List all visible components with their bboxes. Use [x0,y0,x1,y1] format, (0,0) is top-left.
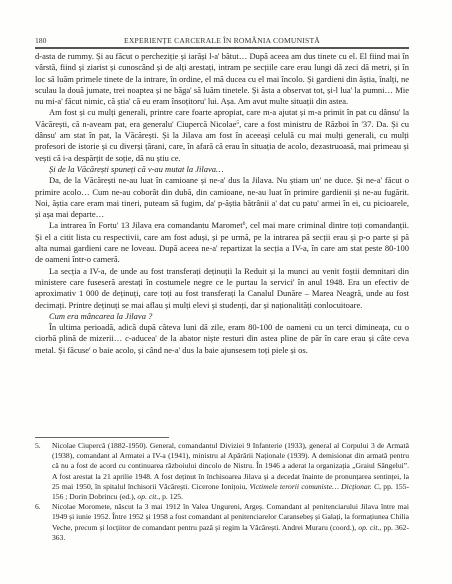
footnotes: 5.Nicolae Ciupercă (1882-1950). General,… [35,441,409,543]
footnote-number: 6. [35,502,41,512]
footnote-text: , p. 125. [158,492,183,501]
paragraph-5: La secția a IV-a, de unde au fost transf… [35,266,409,311]
paragraph-4: La intrarea în Fortu' 13 Jilava era coma… [35,220,409,265]
footnote-italic-title: Victimele terorii comuniste… Dicționar. … [249,482,379,491]
footnote-number: 5. [35,441,41,451]
footnote-italic-ref: op. cit. [137,492,158,501]
footnote-6: 6.Nicolae Moromete, născut la 3 mai 1912… [35,502,409,543]
body-text: d-asta de rummy. Și au făcut o percheziț… [35,51,409,356]
footnote-5: 5.Nicolae Ciupercă (1882-1950). General,… [35,441,409,502]
interview-question-1: Și de la Văcărești spuneți că v-au mutat… [35,164,409,175]
footnote-italic-ref: op. cit. [358,523,379,532]
footnote-separator [35,437,169,438]
footnote-text: Nicolae Moromete, născut la 3 mai 1912 î… [52,502,409,531]
paragraph-3: Da, de la Văcărești ne-au luat în camioa… [35,175,409,220]
book-page: 180 EXPERIENȚE CARCERALE ÎN ROMÂNIA COMU… [0,0,452,584]
running-title: EXPERIENȚE CARCERALE ÎN ROMÂNIA COMUNIST… [35,36,409,45]
paragraph-4-text-a: La intrarea în Fortu' 13 Jilava era coma… [49,220,243,230]
paragraph-6: În ultima perioadă, adică după câteva lu… [35,322,409,356]
paragraph-1: d-asta de rummy. Și au făcut o percheziț… [35,51,409,107]
paragraph-2: Am fost și cu mulți generali, printre ca… [35,107,409,163]
header-rule [35,47,409,49]
interview-question-2: Cum era mâncarea la Jilava ? [35,311,409,322]
